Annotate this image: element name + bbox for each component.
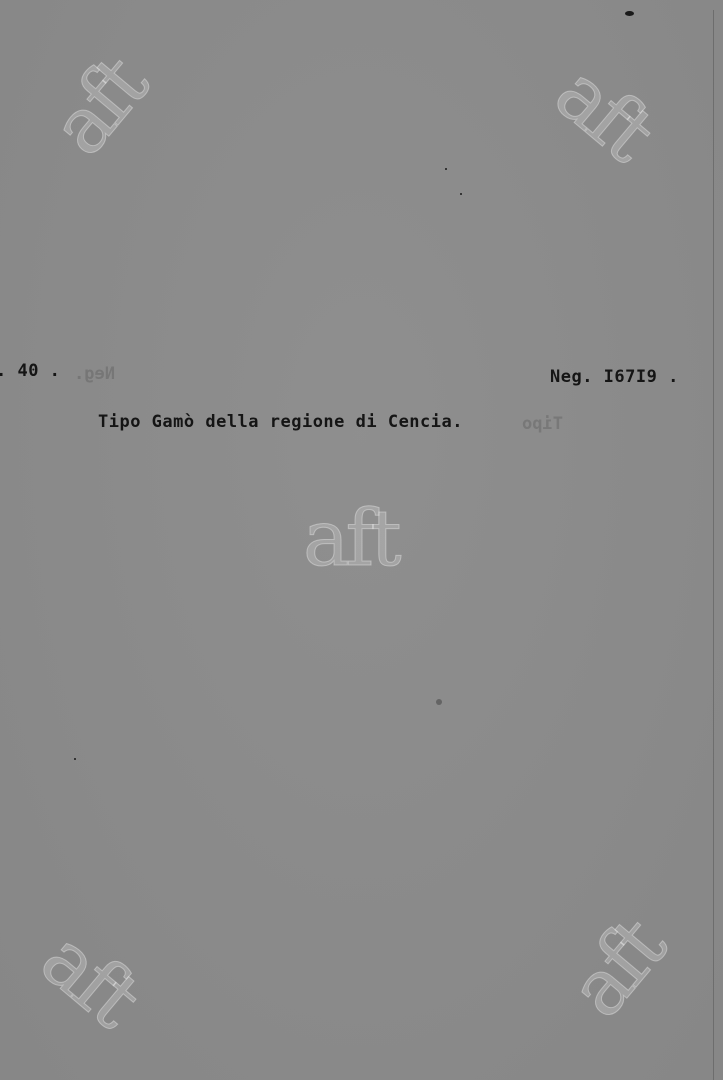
bleed-through-neg: Neg. bbox=[74, 364, 115, 384]
paper-edge-line bbox=[713, 10, 714, 1080]
dust-speck bbox=[436, 699, 442, 705]
dust-speck bbox=[460, 193, 462, 195]
photo-caption: Tipo Gamò della regione di Cencia. bbox=[98, 412, 463, 432]
dust-speck bbox=[74, 758, 76, 760]
ink-speck bbox=[625, 11, 634, 16]
dust-speck bbox=[445, 168, 447, 170]
bleed-through-caption: Tipo bbox=[522, 414, 563, 434]
watermark-bottom-right: aft bbox=[557, 908, 678, 1031]
watermark-top-right: aft bbox=[542, 53, 665, 174]
plate-number: . 40 . bbox=[0, 361, 60, 381]
negative-number: Neg. I67I9 . bbox=[550, 367, 679, 387]
watermark-center: aft bbox=[303, 500, 398, 578]
scanned-card: Neg. Tipo . 40 . Neg. I67I9 . Tipo Gamò … bbox=[0, 0, 723, 1080]
watermark-bottom-left: aft bbox=[28, 919, 151, 1040]
watermark-top-left: aft bbox=[39, 46, 160, 169]
